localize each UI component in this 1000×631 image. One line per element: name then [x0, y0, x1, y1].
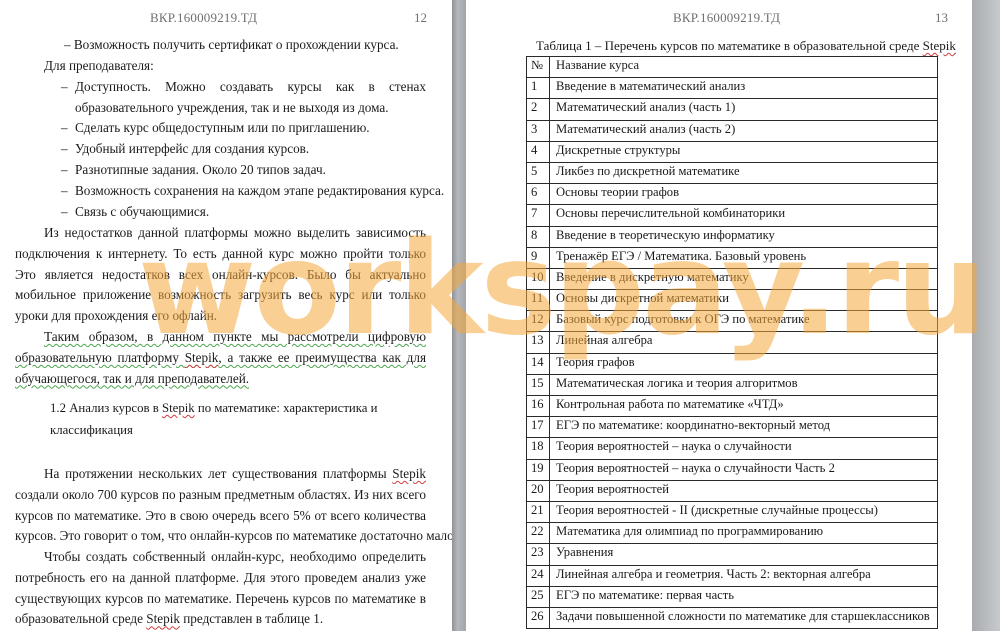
table-row: 23Уравнения — [527, 544, 938, 565]
table-row: 1Введение в математический анализ — [527, 78, 938, 99]
course-name: Введение в дискретную математику — [550, 268, 938, 289]
teacher-item-1: Доступность.Можносоздаватькурсыкаквстена… — [75, 77, 426, 98]
word: курсы — [287, 77, 321, 98]
bullet-dash: – — [61, 118, 68, 139]
teacher-item-2: Сделать курс общедоступным или по пригла… — [75, 118, 370, 139]
page-number: 13 — [935, 10, 948, 26]
text-line: потребность его на данной платформе. Для… — [15, 568, 426, 588]
table-row: 7Основы перечислительной комбинаторики — [527, 205, 938, 226]
word: создавать — [220, 77, 273, 98]
word: стенах — [389, 77, 426, 98]
course-name: Линейная алгебра — [550, 332, 938, 353]
text-line: Чтобы создать собственный онлайн-курс, н… — [44, 547, 426, 567]
course-name: Теория вероятностей — [550, 480, 938, 501]
table-row: 12Базовый курс подготовки к ОГЭ по матем… — [527, 311, 938, 332]
course-name: Введение в теоретическую информатику — [550, 226, 938, 247]
table-row: 18Теория вероятностей – наука о случайно… — [527, 438, 938, 459]
bullet-dash: – — [61, 160, 68, 181]
text-line: создали около 700 курсов по разным предм… — [15, 485, 426, 505]
heading-line: классификация — [50, 420, 133, 441]
text-line: мобильное приложение возможность загрузи… — [15, 285, 426, 305]
table-row: 5Ликбез по дискретной математике — [527, 162, 938, 183]
table-row: 13Линейная алгебра — [527, 332, 938, 353]
teacher-item-5: Возможность сохранения на каждом этапе р… — [75, 181, 444, 202]
word: в — [369, 77, 375, 98]
table-row: 6Основы теории графов — [527, 184, 938, 205]
row-number: 15 — [527, 374, 550, 395]
courses-table: № Название курса 1Введение в математичес… — [526, 56, 938, 629]
course-name: Базовый курс подготовки к ОГЭ по математ… — [550, 311, 938, 332]
table-row: 9Тренажёр ЕГЭ / Математика. Базовый уров… — [527, 247, 938, 268]
row-number: 14 — [527, 353, 550, 374]
table-row: 3Математический анализ (часть 2) — [527, 120, 938, 141]
table-row: 21Теория вероятностей - II (дискретные с… — [527, 501, 938, 522]
row-number: 26 — [527, 607, 550, 628]
course-name: Ликбез по дискретной математике — [550, 162, 938, 183]
bullet-dash: – — [61, 181, 68, 202]
text-line: Это является недостатков всех онлайн-кур… — [15, 265, 426, 285]
row-number: 22 — [527, 523, 550, 544]
text-line: курсов по математике. Это в свою очередь… — [15, 506, 426, 526]
row-number: 24 — [527, 565, 550, 586]
course-name: Теория вероятностей – наука о случайност… — [550, 438, 938, 459]
course-name: Задачи повышенной сложности по математик… — [550, 607, 938, 628]
text-line: образовательную платформу Stepik, а такж… — [15, 348, 426, 368]
page-body: – Возможность получить сертификат о прох… — [0, 0, 452, 631]
table-row: 4Дискретные структуры — [527, 141, 938, 162]
bullet-dash: – — [61, 202, 68, 223]
document-page-12: ВКР.160009219.ТД 12 – Возможность получи… — [0, 0, 452, 631]
course-name: Дискретные структуры — [550, 141, 938, 162]
row-number: 21 — [527, 501, 550, 522]
course-name: Уравнения — [550, 544, 938, 565]
row-number: 20 — [527, 480, 550, 501]
row-number: 10 — [527, 268, 550, 289]
text-line: На протяжении нескольких лет существован… — [44, 464, 426, 484]
row-number: 11 — [527, 290, 550, 311]
course-name: Теория вероятностей - II (дискретные слу… — [550, 501, 938, 522]
header-number: № — [527, 57, 550, 78]
row-number: 12 — [527, 311, 550, 332]
row-number: 2 — [527, 99, 550, 120]
table-row: 26Задачи повышенной сложности по математ… — [527, 607, 938, 628]
header-course-name: Название курса — [550, 57, 938, 78]
text-line: Из недостатков данной платформы можно вы… — [44, 223, 426, 243]
teacher-item-4: Разнотипные задания. Около 20 типов зада… — [75, 160, 326, 181]
teacher-heading: Для преподавателя: — [44, 56, 154, 77]
row-number: 23 — [527, 544, 550, 565]
table-row: 25ЕГЭ по математике: первая часть — [527, 586, 938, 607]
running-header: ВКР.160009219.ТД — [673, 10, 780, 26]
teacher-item-1-cont: образовательного учреждения, так и не вы… — [75, 98, 389, 119]
row-number: 1 — [527, 78, 550, 99]
table-row: 14Теория графов — [527, 353, 938, 374]
table-row: 10Введение в дискретную математику — [527, 268, 938, 289]
course-name: Тренажёр ЕГЭ / Математика. Базовый урове… — [550, 247, 938, 268]
table-row: 17ЕГЭ по математике: координатно-векторн… — [527, 417, 938, 438]
page-gap — [452, 0, 466, 631]
window-edge — [972, 0, 1000, 631]
row-number: 17 — [527, 417, 550, 438]
row-number: 25 — [527, 586, 550, 607]
row-number: 9 — [527, 247, 550, 268]
text-line: существующих курсов по математике. Переч… — [15, 589, 426, 609]
heading-line: 1.2 Анализ курсов в Stepik по математике… — [50, 398, 378, 419]
table-row: 8Введение в теоретическую информатику — [527, 226, 938, 247]
text-line: обучающегося, так и для преподавателей. — [15, 369, 249, 390]
bullet-dash: – — [61, 77, 68, 98]
text-line: курсов. Это говорит о том, что онлайн-ку… — [15, 526, 452, 547]
table-caption: Таблица 1 – Перечень курсов по математик… — [536, 38, 956, 54]
row-number: 8 — [527, 226, 550, 247]
text-line: Таким образом, в данном пункте мы рассмо… — [44, 327, 426, 347]
course-name: Основы теории графов — [550, 184, 938, 205]
course-name: ЕГЭ по математике: координатно-векторный… — [550, 417, 938, 438]
course-name: Теория вероятностей – наука о случайност… — [550, 459, 938, 480]
word: Можно — [165, 77, 205, 98]
course-name: Основы перечислительной комбинаторики — [550, 205, 938, 226]
text-line: подключения к интернету. То есть данной … — [15, 244, 426, 264]
course-name: Теория графов — [550, 353, 938, 374]
course-name: Математика для олимпиад по программирова… — [550, 523, 938, 544]
row-number: 3 — [527, 120, 550, 141]
bullet-certificate: – Возможность получить сертификат о прох… — [64, 35, 399, 56]
table-row: 11Основы дискретной математики — [527, 290, 938, 311]
table-row: 24Линейная алгебра и геометрия. Часть 2:… — [527, 565, 938, 586]
row-number: 13 — [527, 332, 550, 353]
course-name: Контрольная работа по математике «ЧТД» — [550, 396, 938, 417]
row-number: 18 — [527, 438, 550, 459]
table-row: 20Теория вероятностей — [527, 480, 938, 501]
table-row: 15Математическая логика и теория алгорит… — [527, 374, 938, 395]
table-row: 19Теория вероятностей – наука о случайно… — [527, 459, 938, 480]
course-name: Математический анализ (часть 1) — [550, 99, 938, 120]
word: Доступность. — [75, 77, 151, 98]
row-number: 4 — [527, 141, 550, 162]
course-name: Основы дискретной математики — [550, 290, 938, 311]
word: как — [336, 77, 354, 98]
teacher-item-3: Удобный интерфейс для создания курсов. — [75, 139, 309, 160]
course-name: ЕГЭ по математике: первая часть — [550, 586, 938, 607]
table-row: 22Математика для олимпиад по программиро… — [527, 523, 938, 544]
course-name: Математический анализ (часть 2) — [550, 120, 938, 141]
teacher-item-6: Связь с обучающимися. — [75, 202, 209, 223]
text-line: уроки для прохождения его офлайн. — [15, 306, 217, 327]
row-number: 19 — [527, 459, 550, 480]
row-number: 16 — [527, 396, 550, 417]
row-number: 6 — [527, 184, 550, 205]
bullet-dash: – — [61, 139, 68, 160]
course-name: Введение в математический анализ — [550, 78, 938, 99]
course-name: Линейная алгебра и геометрия. Часть 2: в… — [550, 565, 938, 586]
row-number: 7 — [527, 205, 550, 226]
row-number: 5 — [527, 162, 550, 183]
text-line: образовательной среде Stepik представлен… — [15, 609, 323, 630]
table-row: 16Контрольная работа по математике «ЧТД» — [527, 396, 938, 417]
table-header-row: № Название курса — [527, 57, 938, 78]
course-name: Математическая логика и теория алгоритмо… — [550, 374, 938, 395]
table-row: 2Математический анализ (часть 1) — [527, 99, 938, 120]
document-page-13: ВКР.160009219.ТД 13 Таблица 1 – Перечень… — [466, 0, 972, 631]
